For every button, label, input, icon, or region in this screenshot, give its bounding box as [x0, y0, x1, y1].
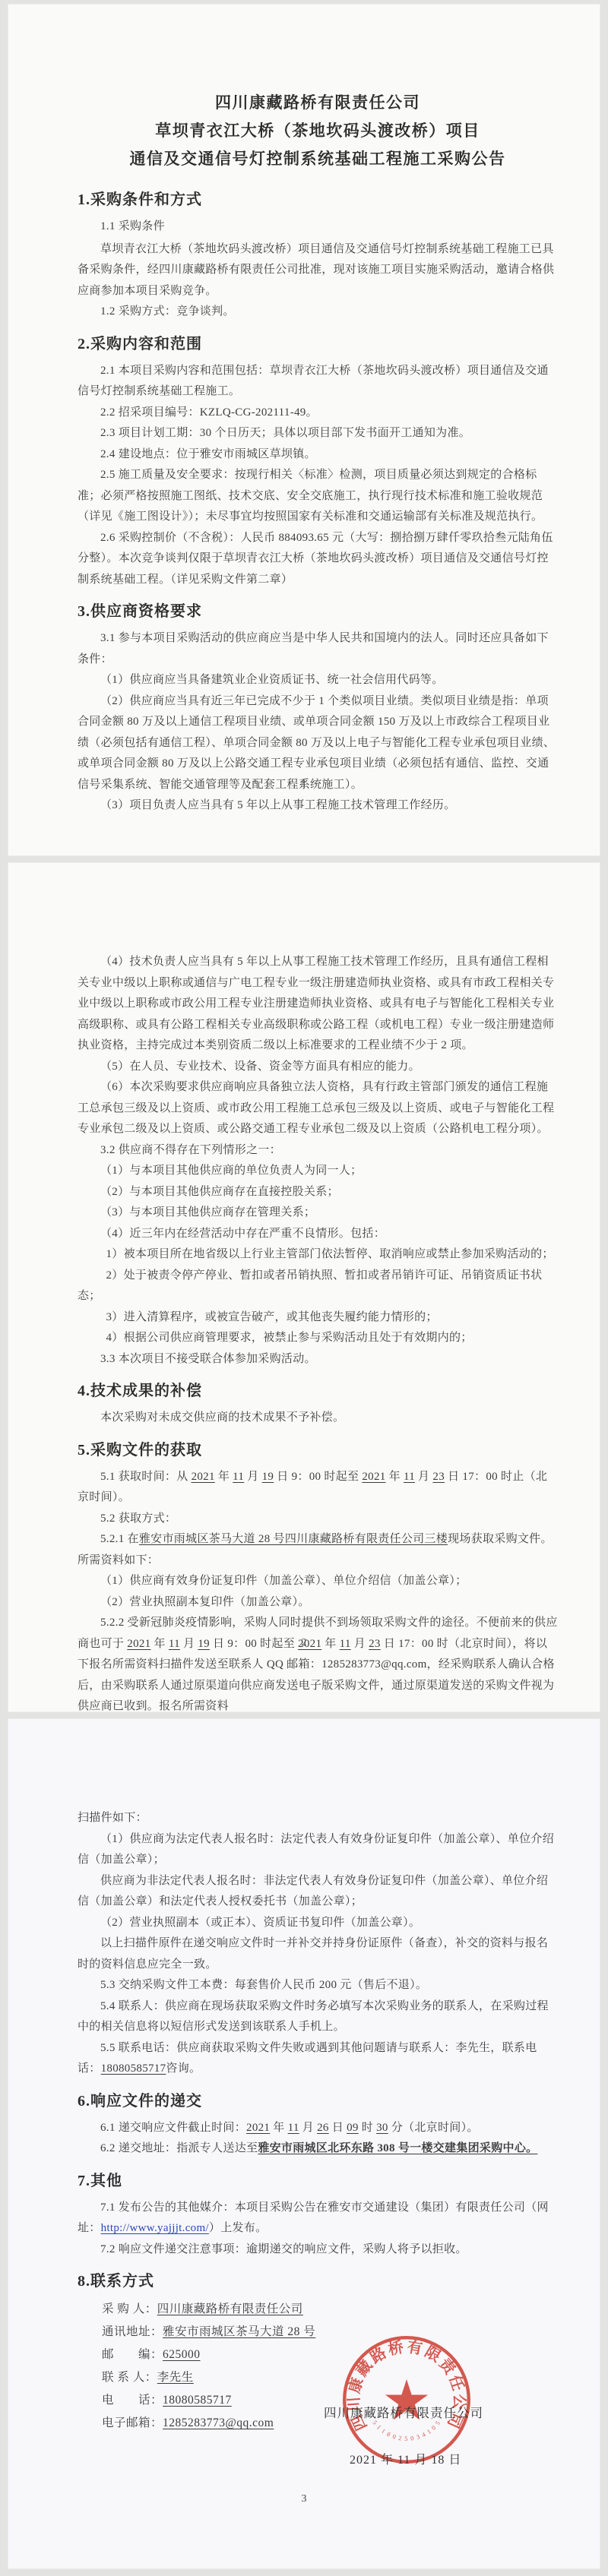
- announcement-date: 2021 年 11 月 18 日: [350, 2450, 461, 2467]
- contact-row: 联 系 人：李先生: [102, 2366, 558, 2389]
- paragraph: （2）营业执照副本（或正本）、资质证书复印件（加盖公章）。: [78, 1913, 558, 1934]
- text-run: （6）本次采购要求供应商响应具备独立法人资格，具有行政主管部门颁发的通信工程施工…: [78, 1081, 554, 1135]
- text-run: （1）供应商应当具备建筑业企业资质证书、统一社会信用代码等。: [100, 674, 444, 686]
- paragraph: 供应商为非法定代表人报名时：非法定代表人有效身份证复印件（加盖公章）、单位介绍信…: [78, 1871, 558, 1913]
- text-run: 2.4 建设地点：位于雅安市雨城区草坝镇。: [100, 448, 316, 460]
- section-heading: 4.技术成果的补偿: [78, 1381, 558, 1401]
- paragraph: 5.2.2 受新冠肺炎疫情影响，采购人同时提供不到场领取采购文件的途径。不便前来…: [78, 1613, 558, 1712]
- text-run: 6.响应文件的递交: [78, 2093, 202, 2110]
- text-run: 7.其他: [78, 2173, 122, 2189]
- paragraph: （6）本次采购要求供应商响应具备独立法人资格，具有行政主管部门颁发的通信工程施工…: [78, 1077, 558, 1140]
- doc-title-line: 通信及交通信号灯控制系统基础工程施工采购公告: [78, 145, 558, 173]
- text-run: 3.3 本次项目不接受联合体参加采购活动。: [100, 1353, 316, 1365]
- paragraph: 2.3 项目计划工期：30 个日历天；具体以项目部下发书面开工通知为准。: [78, 423, 558, 444]
- text-run: 2.3 项目计划工期：30 个日历天；具体以项目部下发书面开工通知为准。: [100, 427, 470, 439]
- paragraph: （4）近三年内在经营活动中存在严重不良情形。包括：: [78, 1224, 558, 1245]
- text-run: 2.6 采购控制价（不含税）：人民币 884093.65 元（大写：捌拾捌万肆仟…: [78, 532, 553, 586]
- text-run: 5.1 获取时间：从: [100, 1471, 192, 1483]
- text-run: 11: [404, 1471, 415, 1483]
- text-run: 1）被本项目所在地省级以上行业主管部门依法暂停、取消响应或禁止参加采购活动的；: [106, 1248, 554, 1260]
- page-3: 扫描件如下：（1）供应商为法定代表人报名时：法定代表人有效身份证复印件（加盖公章…: [8, 1718, 600, 2569]
- paragraph: 2.5 施工质量及安全要求：按现行相关〈标准〉检测，项目质量必须达到规定的合格标…: [78, 465, 558, 528]
- text-run: 30: [376, 2122, 388, 2134]
- list-item: 4）根据公司供应商管理要求，被禁止参与采购活动且处于有效期内的；: [78, 1328, 558, 1349]
- text-run: 26: [317, 2122, 329, 2134]
- contact-row: 采 购 人：四川康藏路桥有限责任公司: [102, 2298, 558, 2321]
- text-run: 分（北京时间）。: [388, 2122, 479, 2134]
- text-run: 年: [386, 1471, 404, 1483]
- text-run: 11: [288, 2122, 299, 2134]
- text-run: 草坝青衣江大桥（茶地坎码头渡改桥）项目通信及交通信号灯控制系统基础工程施工已具备…: [78, 243, 554, 297]
- contact-label: 采 购 人：: [102, 2298, 157, 2321]
- text-run: 09: [347, 2122, 359, 2134]
- text-run: （1）供应商为法定代表人报名时：法定代表人有效身份证复印件（加盖公章）、单位介绍…: [78, 1833, 554, 1866]
- paragraph: 以上扫描件原件在递交响应文件时一并补交并持身份证原件（备查），补交的资料与报名时…: [78, 1933, 558, 1975]
- text-run: 18080585717: [101, 2062, 166, 2075]
- text-run: ）上发布。: [209, 2222, 268, 2234]
- text-run: 6.1 递交响应文件截止时间：: [100, 2122, 246, 2134]
- list-item: 1）被本项目所在地省级以上行业主管部门依法暂停、取消响应或禁止参加采购活动的；: [78, 1244, 558, 1266]
- text-run: 雅安市雨城区茶马大道 28 号四川康藏路桥有限责任公司三楼: [139, 1533, 448, 1545]
- paragraph: 2.1 本项目采购内容和范围包括：草坝青衣江大桥（茶地坎码头渡改桥）项目通信及交…: [78, 361, 558, 403]
- text-run: 3.2 供应商不得存在下列情形之一：: [100, 1144, 281, 1156]
- paragraph: （1）供应商应当具备建筑业企业资质证书、统一社会信用代码等。: [78, 670, 558, 691]
- contact-value: 625000: [163, 2344, 201, 2366]
- subsection-heading: 1.1 采购条件: [78, 217, 558, 238]
- paragraph: （3）项目负责人应当具有 5 年以上从事工程施工技术管理工作经历。: [78, 795, 558, 817]
- text-run: 本次采购对未成交供应商的技术成果不予补偿。: [100, 1411, 344, 1424]
- paragraph: 3.2 供应商不得存在下列情形之一：: [78, 1140, 558, 1162]
- contact-value: 18080585717: [163, 2389, 232, 2412]
- section-heading: 8.联系方式: [78, 2271, 558, 2291]
- text-run: 月: [244, 1471, 261, 1483]
- contact-row: 邮 编：625000: [102, 2344, 558, 2366]
- text-run: 5.采购文件的获取: [78, 1442, 202, 1459]
- paragraph: （3）与本项目其他供应商存在管理关系；: [78, 1203, 558, 1224]
- text-run: 19: [262, 1471, 274, 1483]
- text-run: 5.2 获取方式：: [100, 1512, 176, 1525]
- text-run: 2.2 招采项目编号：KZLQ-CG-202111-49。: [100, 406, 318, 419]
- page-number: 3: [8, 2493, 600, 2505]
- contact-label: 电 话：: [102, 2389, 163, 2412]
- page-1: 四川康藏路桥有限责任公司草坝青衣江大桥（茶地坎码头渡改桥）项目通信及交通信号灯控…: [8, 4, 600, 856]
- contact-row: 通讯地址：雅安市雨城区茶马大道 28 号: [102, 2321, 558, 2344]
- text-run: 四川康藏路桥有限责任公司: [215, 93, 420, 112]
- text-run: 2.采购内容和范围: [78, 336, 202, 352]
- text-run: 2.1 本项目采购内容和范围包括：草坝青衣江大桥（茶地坎码头渡改桥）项目通信及交…: [78, 365, 549, 398]
- paragraph: 1.2 采购方式：竞争谈判。: [78, 302, 558, 323]
- section-heading: 7.其他: [78, 2171, 558, 2191]
- text-run: （2）与本项目其他供应商存在直接控股关系；: [100, 1186, 339, 1198]
- text-run: （3）项目负责人应当具有 5 年以上从事工程施工技术管理工作经历。: [100, 799, 455, 811]
- text-run: 时: [359, 2122, 376, 2134]
- paragraph: 2.6 采购控制价（不含税）：人民币 884093.65 元（大写：捌拾捌万肆仟…: [78, 528, 558, 591]
- page-number: 2: [8, 1637, 600, 1649]
- text-run: 1.采购条件和方式: [78, 191, 202, 208]
- paragraph: 草坝青衣江大桥（茶地坎码头渡改桥）项目通信及交通信号灯控制系统基础工程施工已具备…: [78, 239, 558, 302]
- paragraph: 2.4 建设地点：位于雅安市雨城区草坝镇。: [78, 444, 558, 466]
- paragraph: 5.5 联系电话：供应商获取采购文件失败或遇到其他问题请与联系人：李先生，联系电…: [78, 2038, 558, 2080]
- page-1-body: 四川康藏路桥有限责任公司草坝青衣江大桥（茶地坎码头渡改桥）项目通信及交通信号灯控…: [78, 89, 558, 817]
- text-run: 8.联系方式: [78, 2273, 154, 2290]
- paragraph: 3.1 参与本项目采购活动的供应商应当是中华人民共和国境内的法人。同时还应具备如…: [78, 628, 558, 670]
- text-run: 月: [415, 1471, 432, 1483]
- contact-label: 邮 编：: [102, 2344, 163, 2366]
- text-run: 2）处于被责令停产停业、暂扣或者吊销执照、暂扣或者吊销许可证、吊销资质证书状态；: [78, 1269, 542, 1303]
- section-heading: 1.采购条件和方式: [78, 190, 558, 210]
- document-canvas: 四川康藏路桥有限责任公司草坝青衣江大桥（茶地坎码头渡改桥）项目通信及交通信号灯控…: [0, 0, 608, 2569]
- text-run: 4.技术成果的补偿: [78, 1383, 202, 1399]
- announcement-url-link[interactable]: http://www.yajjjt.com/: [101, 2222, 209, 2234]
- paragraph: （1）供应商为法定代表人报名时：法定代表人有效身份证复印件（加盖公章）、单位介绍…: [78, 1829, 558, 1871]
- text-run: 年: [215, 1471, 233, 1483]
- section-heading: 3.供应商资格要求: [78, 602, 558, 621]
- text-run: （4）近三年内在经营活动中存在严重不良情形。包括：: [100, 1228, 385, 1240]
- list-item: 3）进入清算程序，或被宣告破产，或其他丧失履约能力情形的；: [78, 1307, 558, 1329]
- text-run: 雅安市雨城区北环东路 308 号一楼交建集团采购中心。: [258, 2142, 537, 2154]
- text-run: 11: [233, 1471, 244, 1483]
- text-run: 4）根据公司供应商管理要求，被禁止参与采购活动且处于有效期内的；: [106, 1332, 473, 1344]
- text-run: （2）供应商应当具有近三年已完成不少于 1 个类似项目业绩。类似项目业绩是指：单…: [78, 695, 555, 791]
- text-run: （1）与本项目其他供应商的单位负责人为同一人；: [100, 1165, 362, 1177]
- text-run: 1.1 采购条件: [100, 220, 165, 232]
- text-run: （2）营业执照副本（或正本）、资质证书复印件（加盖公章）。: [100, 1917, 420, 1929]
- text-run: 草坝青衣江大桥（茶地坎码头渡改桥）项目: [155, 122, 480, 140]
- paragraph: （2）与本项目其他供应商存在直接控股关系；: [78, 1182, 558, 1203]
- text-run: 月: [299, 2122, 317, 2134]
- text-run: （1）供应商有效身份证复印件（加盖公章）、单位介绍信（加盖公章）；: [100, 1575, 467, 1587]
- paragraph: （1）与本项目其他供应商的单位负责人为同一人；: [78, 1161, 558, 1182]
- text-run: 扫描件如下：: [78, 1812, 147, 1824]
- text-run: 5.3 交纳采购文件工本费：每套售价人民币 200 元（售后不退）。: [100, 1979, 427, 1991]
- contact-label: 联 系 人：: [102, 2366, 157, 2389]
- section-heading: 6.响应文件的递交: [78, 2091, 558, 2111]
- text-run: 1.2 采购方式：竞争谈判。: [100, 305, 235, 318]
- text-run: 6.2 递交地址：指派专人送达至: [100, 2142, 258, 2154]
- contact-value: 四川康藏路桥有限责任公司: [157, 2298, 303, 2321]
- text-run: 2021: [192, 1471, 215, 1483]
- text-run: 3）进入清算程序，或被宣告破产，或其他丧失履约能力情形的；: [106, 1311, 438, 1323]
- text-run: 供应商为非法定代表人报名时：非法定代表人有效身份证复印件（加盖公章）、单位介绍信…: [78, 1875, 548, 1908]
- page-2-body: （4）技术负责人应当具有 5 年以上从事工程施工技术管理工作经历，且具有通信工程…: [78, 952, 558, 1712]
- list-item: 2）处于被责令停产停业、暂扣或者吊销执照、暂扣或者吊销许可证、吊销资质证书状态；: [78, 1266, 558, 1307]
- text-run: 日: [329, 2122, 347, 2134]
- contact-label: 通讯地址：: [102, 2321, 163, 2344]
- paragraph: 3.3 本次项目不接受联合体参加采购活动。: [78, 1349, 558, 1370]
- text-run: 3.供应商资格要求: [78, 603, 202, 620]
- contact-value: 雅安市雨城区茶马大道 28 号: [163, 2321, 315, 2344]
- text-run: （4）技术负责人应当具有 5 年以上从事工程施工技术管理工作经历，且具有通信工程…: [78, 956, 554, 1051]
- paragraph: 5.3 交纳采购文件工本费：每套售价人民币 200 元（售后不退）。: [78, 1975, 558, 1996]
- paragraph: 6.1 递交响应文件截止时间：2021 年 11 月 26 日 09 时 30 …: [78, 2118, 558, 2139]
- paragraph: 7.1 发布公告的其他媒介：本项目采购公告在雅安市交通建设（集团）有限责任公司（…: [78, 2198, 558, 2239]
- paragraph: 5.2 获取方式：: [78, 1509, 558, 1530]
- contact-label: 电子邮箱：: [102, 2412, 163, 2435]
- paragraph: （1）供应商有效身份证复印件（加盖公章）、单位介绍信（加盖公章）；: [78, 1571, 558, 1592]
- text-run: （3）与本项目其他供应商存在管理关系；: [100, 1206, 315, 1218]
- page-number: 1: [8, 779, 600, 791]
- paragraph: （2）营业执照副本复印件（加盖公章）。: [78, 1592, 558, 1614]
- text-run: 2021: [246, 2122, 270, 2134]
- text-run: 3.1 参与本项目采购活动的供应商应当是中华人民共和国境内的法人。同时还应具备如…: [78, 632, 549, 665]
- text-run: 5.2.1 在: [100, 1533, 139, 1545]
- paragraph: 6.2 递交地址：指派专人送达至雅安市雨城区北环东路 308 号一楼交建集团采购…: [78, 2138, 558, 2160]
- contact-value: 1285283773@qq.com: [163, 2412, 274, 2435]
- text-run: （2）营业执照副本复印件（加盖公章）。: [100, 1596, 310, 1608]
- doc-title-line: 草坝青衣江大桥（茶地坎码头渡改桥）项目: [78, 117, 558, 145]
- paragraph: 7.2 响应文件递交注意事项：逾期递交的响应文件，采购人将予以拒收。: [78, 2239, 558, 2261]
- page-2: （4）技术负责人应当具有 5 年以上从事工程施工技术管理工作经历，且具有通信工程…: [8, 862, 600, 1712]
- text-run: 年: [270, 2122, 287, 2134]
- text-run: 咨询。: [166, 2062, 201, 2075]
- paragraph: 5.1 获取时间：从 2021 年 11 月 19 日 9：00 时起至 202…: [78, 1467, 558, 1509]
- text-run: 通信及交通信号灯控制系统基础工程施工采购公告: [130, 150, 506, 168]
- paragraph: 本次采购对未成交供应商的技术成果不予补偿。: [78, 1408, 558, 1429]
- text-run: （5）在人员、专业技术、设备、资金等方面具有相应的能力。: [100, 1060, 420, 1073]
- page-3-body: 扫描件如下：（1）供应商为法定代表人报名时：法定代表人有效身份证复印件（加盖公章…: [78, 1808, 558, 2291]
- text-run: 23: [432, 1471, 445, 1483]
- paragraph-continuation: 扫描件如下：: [78, 1808, 558, 1829]
- company-signature-text: 四川康藏路桥有限责任公司: [324, 2403, 483, 2421]
- text-run: 2.5 施工质量及安全要求：按现行相关〈标准〉检测，项目质量必须达到规定的合格标…: [78, 469, 543, 523]
- contact-value: 李先生: [157, 2366, 194, 2389]
- text-run: 以上扫描件原件在递交响应文件时一并补交并持身份证原件（备查），补交的资料与报名时…: [78, 1937, 548, 1971]
- paragraph: （5）在人员、专业技术、设备、资金等方面具有相应的能力。: [78, 1057, 558, 1078]
- paragraph: 2.2 招采项目编号：KZLQ-CG-202111-49。: [78, 403, 558, 424]
- text-run: 5.4 联系人：供应商在现场获取采购文件时务必填写本次采购业务的联系人，在采购过…: [78, 2000, 549, 2034]
- text-run: 7.2 响应文件递交注意事项：逾期递交的响应文件，采购人将予以拒收。: [100, 2243, 467, 2255]
- doc-title-line: 四川康藏路桥有限责任公司: [78, 89, 558, 117]
- section-heading: 5.采购文件的获取: [78, 1440, 558, 1460]
- text-run: 日 9：00 时起至: [274, 1471, 362, 1483]
- paragraph: 5.2.1 在雅安市雨城区茶马大道 28 号四川康藏路桥有限责任公司三楼现场获取…: [78, 1529, 558, 1571]
- text-run: 2021: [362, 1471, 385, 1483]
- paragraph: （4）技术负责人应当具有 5 年以上从事工程施工技术管理工作经历，且具有通信工程…: [78, 952, 558, 1057]
- section-heading: 2.采购内容和范围: [78, 334, 558, 354]
- paragraph: 5.4 联系人：供应商在现场获取采购文件时务必填写本次采购业务的联系人，在采购过…: [78, 1996, 558, 2038]
